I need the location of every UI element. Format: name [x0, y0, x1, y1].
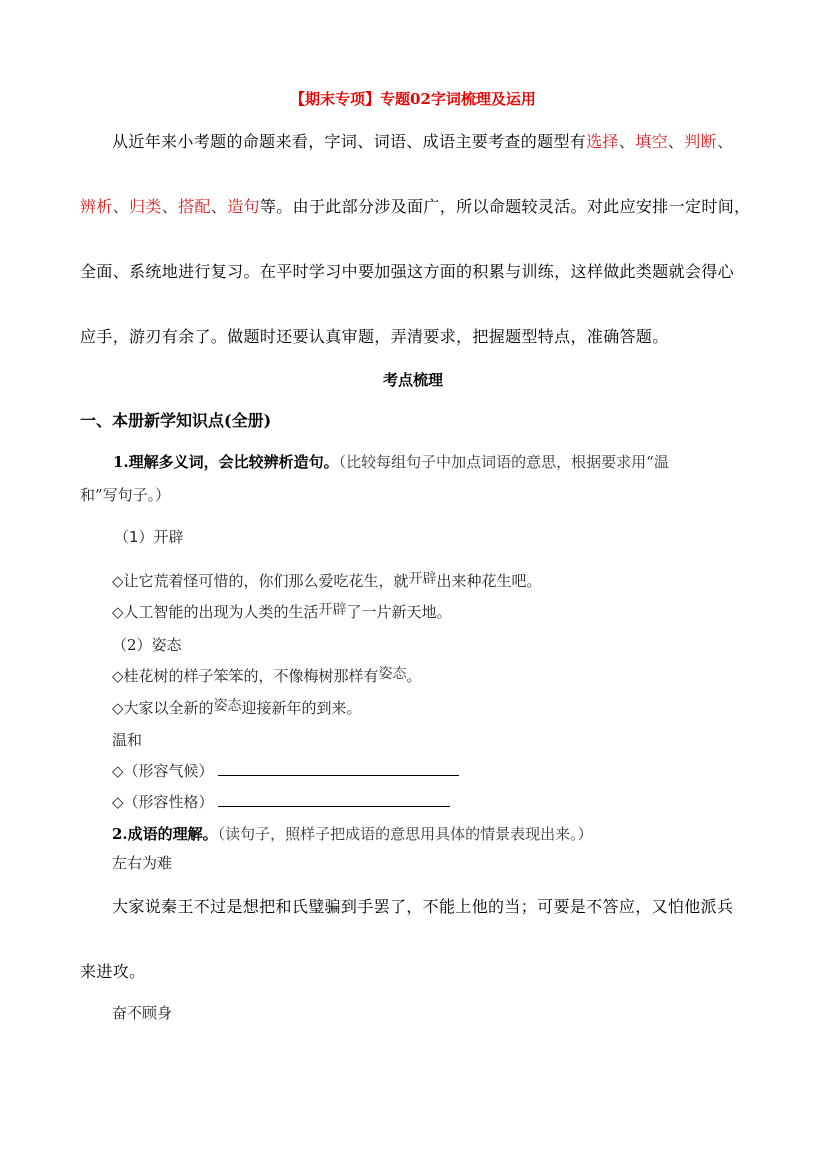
example-line-2: 来进攻。: [80, 959, 145, 982]
idiom-1: 左右为难: [112, 852, 172, 873]
intro-text: 从近年来小考题的命题来看，字词、词语、成语主要考查的题型有: [112, 132, 586, 151]
highlight-term: 判断: [684, 132, 717, 151]
separator: 、: [668, 132, 684, 151]
sentence-text: 了一片新天地。: [347, 603, 452, 621]
blank-label: ◇（形容性格）: [112, 793, 214, 811]
separator: 、: [162, 197, 178, 216]
sentence-text: ◇让它荒着怪可惜的，你们那么爱吃花生，就: [112, 572, 409, 590]
sub1-label: （1）开辟: [114, 526, 184, 547]
document-title: 【期末专项】专题02字词梳理及运用: [0, 88, 826, 109]
q2-heading: 2.成语的理解。（读句子，照样子把成语的意思用具体的情景表现出来。）: [112, 823, 593, 844]
q2-instruction: （读句子，照样子把成语的意思用具体的情景表现出来。）: [218, 825, 593, 843]
sub1-sentence-2: ◇人工智能的出现为人类的生活开辟了一片新天地。: [112, 601, 452, 622]
dotted-word: 姿态: [379, 666, 407, 682]
q1-instruction-cont: 和”写句子。）: [80, 484, 170, 505]
dotted-word: 开辟: [319, 602, 347, 618]
sentence-text: ◇大家以全新的: [112, 699, 214, 717]
separator: 、: [113, 197, 129, 216]
sub1-sentence-1: ◇让它荒着怪可惜的，你们那么爱吃花生，就开辟出来种花生吧。: [112, 570, 542, 591]
idiom-2: 奋不顾身: [112, 1002, 172, 1023]
sub2-sentence-2: ◇大家以全新的姿态迎接新年的到来。: [112, 697, 362, 718]
intro-line-1: 从近年来小考题的命题来看，字词、词语、成语主要考查的题型有选择、填空、判断、: [112, 129, 733, 152]
highlight-term: 搭配: [178, 197, 211, 216]
q1-label: 1.理解多义词，会比较辨析造句。: [113, 453, 339, 471]
blank-label: ◇（形容气候）: [112, 762, 214, 780]
example-line-1: 大家说秦王不过是想把和氏璧骗到手罢了，不能上他的当；可要是不答应，又怕他派兵: [112, 894, 733, 917]
sentence-text: ◇人工智能的出现为人类的生活: [112, 603, 319, 621]
sentence-text: 。: [407, 667, 422, 685]
section-heading: 考点梳理: [0, 369, 826, 390]
q1-heading: 1.理解多义词，会比较辨析造句。（比较每组句子中加点词语的意思，根据要求用“温: [113, 451, 669, 472]
highlight-term: 归类: [129, 197, 162, 216]
highlight-term: 造句: [227, 197, 260, 216]
highlight-term: 选择: [586, 132, 619, 151]
answer-blank-personality[interactable]: [218, 792, 450, 807]
dotted-word: 姿态: [214, 698, 242, 714]
dotted-word: 开辟: [409, 571, 437, 587]
sentence-text: ◇桂花树的样子笨笨的，不像梅树那样有: [112, 667, 379, 685]
sub2-sentence-1: ◇桂花树的样子笨笨的，不像梅树那样有姿态。: [112, 665, 422, 686]
separator: 、: [211, 197, 227, 216]
separator: 、: [619, 132, 635, 151]
sub2-label: （2）姿态: [112, 634, 182, 655]
q2-label: 2.成语的理解。: [112, 825, 218, 843]
intro-line-2: 辨析、归类、搭配、造句等。由于此部分涉及面广，所以命题较灵活。对此应安排一定时间…: [80, 194, 750, 217]
highlight-term: 填空: [635, 132, 668, 151]
blank-row-personality: ◇（形容性格）: [112, 791, 450, 812]
target-word: 温和: [112, 729, 142, 750]
intro-line-4: 应手，游刃有余了。做题时还要认真审题，弄清要求，把握题型特点，准确答题。: [80, 324, 669, 347]
part-heading: 一、本册新学知识点(全册): [80, 408, 271, 431]
sentence-text: 出来种花生吧。: [437, 572, 542, 590]
highlight-term: 辨析: [80, 197, 113, 216]
answer-blank-climate[interactable]: [218, 761, 459, 776]
separator: 、: [717, 132, 733, 151]
intro-line-3: 全面、系统地进行复习。在平时学习中要加强这方面的积累与训练，这样做此类题就会得心: [80, 259, 734, 282]
intro-text: 等。由于此部分涉及面广，所以命题较灵活。对此应安排一定时间，: [260, 197, 751, 216]
q1-instruction: （比较每组句子中加点词语的意思，根据要求用“温: [339, 453, 669, 471]
sentence-text: 迎接新年的到来。: [242, 699, 362, 717]
blank-row-climate: ◇（形容气候）: [112, 760, 459, 781]
